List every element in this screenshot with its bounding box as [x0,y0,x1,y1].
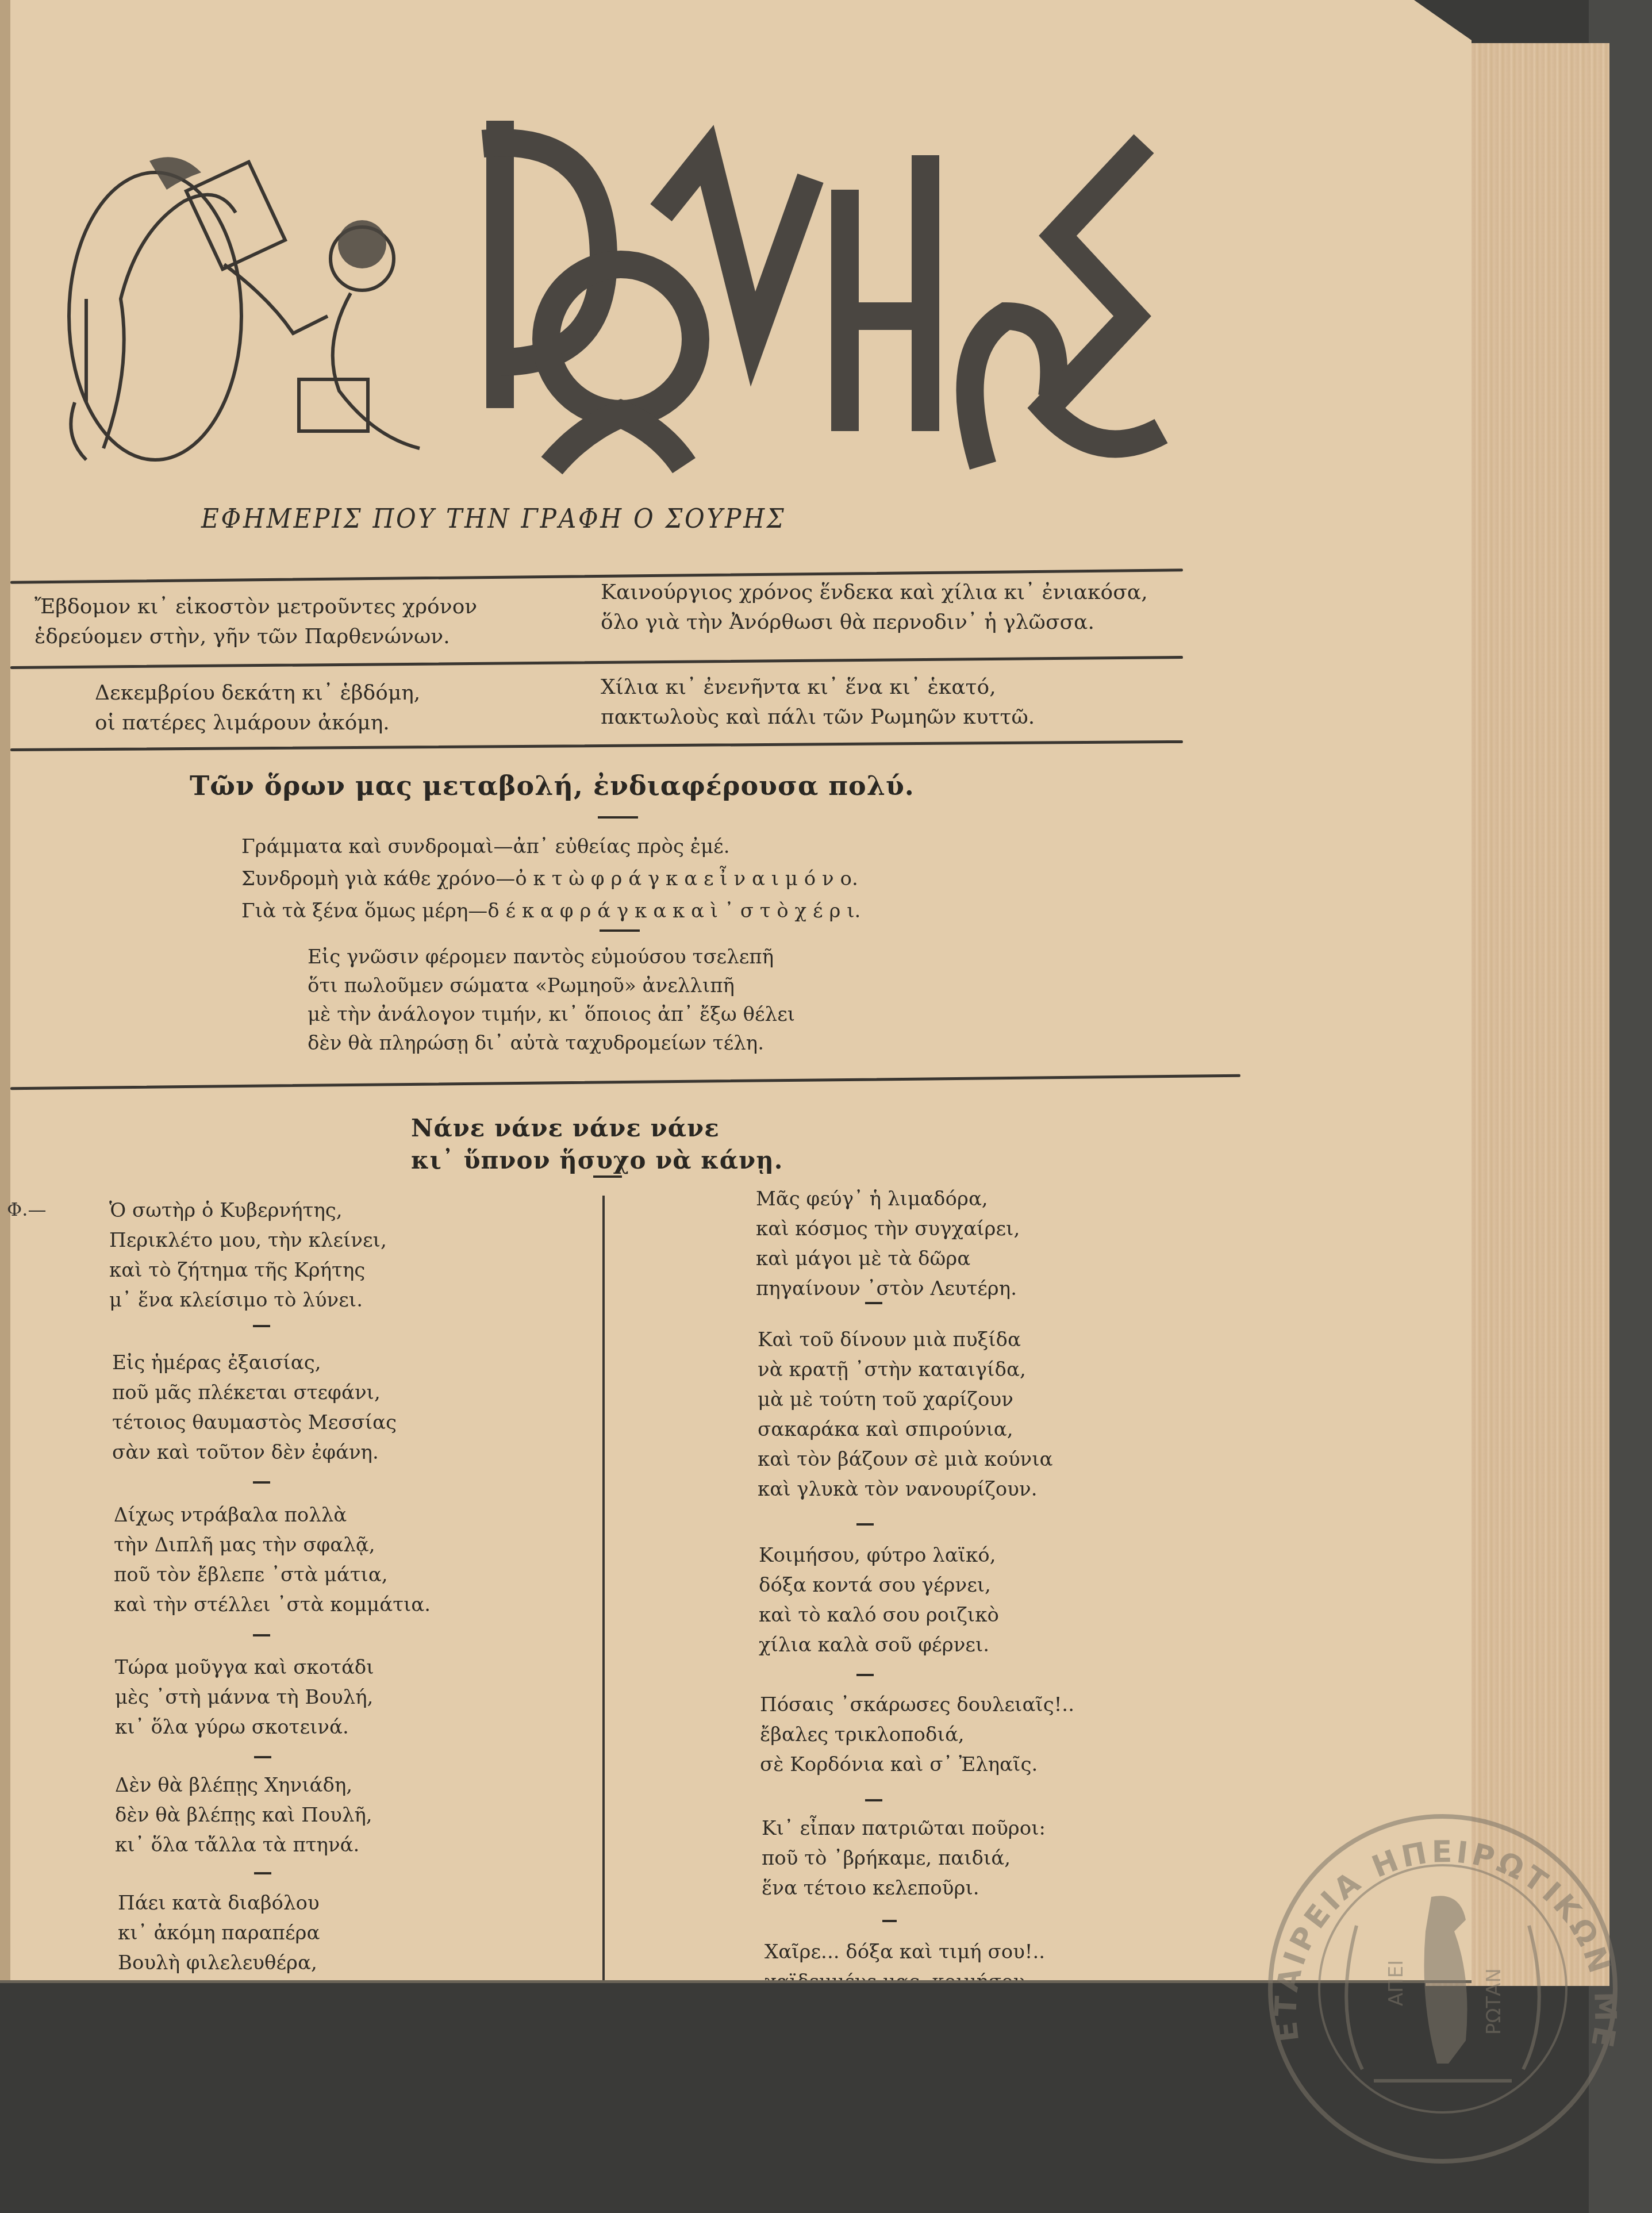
masthead-illustration-icon [52,126,466,471]
column-divider [602,1196,605,2046]
divider-dash [598,816,638,819]
dateline-bottom-left: Δεκεμβρίου δεκάτη κι᾿ ἑβδόμη, οἱ πατέρες… [95,678,420,738]
right-stanza-1: Μᾶς φεύγ᾿ ἡ λιμαδόρα, καὶ κόσμος τὴν συγ… [756,1184,1020,1304]
margin-marker: Φ.— [7,1198,46,1220]
masthead-subtitle: ΕΦΗΜΕΡΙΣ ΠΟΥ ΤΗΝ ΓΡΑΦΗ Ο ΣΟΥΡΗΣ [201,503,786,534]
rule-middle [10,656,1183,669]
left-stanza-4: Τώρα μοῦγγα καὶ σκοτάδι μὲς ᾿στὴ μάννα τ… [115,1653,374,1742]
romios-logo-icon [408,109,1213,483]
terms-notice: Εἰς γνῶσιν φέρομεν παντὸς εὐμούσου τσελε… [308,943,795,1058]
stanza-dash [253,1634,270,1636]
stanza-dash [253,1481,270,1484]
right-stanza-2: Καὶ τοῦ δίνουν μιὰ πυξίδα νὰ κρατῇ ᾿στὴν… [758,1325,1053,1504]
terms-heading: Τῶν ὅρων μας μεταβολή, ἐνδιαφέρουσα πολύ… [190,770,915,801]
masthead [52,109,1201,483]
right-stanza-5: Κι᾿ εἶπαν πατριῶται ποῦροι: ποῦ τὸ ᾿βρήκ… [762,1814,1046,1903]
dateline-top-left: Ἔβδομον κι᾿ εἰκοστὸν μετροῦντες χρόνον ἑ… [34,592,477,652]
stanza-dash [253,1325,270,1327]
left-stanza-2: Εἰς ἡμέρας ἐξαισίας, ποῦ μᾶς πλέκεται στ… [112,1348,397,1467]
stanza-dash [865,1302,882,1304]
library-stamp-icon: ΕΤΑΙΡΕΙΑ ΗΠΕΙΡΩΤΙΚΩΝ ΜΕΛΕΤΩΝ ΑΠΕΙ ΡΩΤΑΝ [1247,1793,1638,2184]
stanza-dash [254,1872,271,1874]
stanza-dash [254,1756,271,1758]
left-stanza-1: Ὁ σωτὴρ ὁ Κυβερνήτης, Περικλέτο μου, τὴν… [109,1196,387,1315]
right-stanza-3: Κοιμήσου, φύτρο λαϊκό, δόξα κοντά σου γέ… [759,1540,999,1660]
left-stanza-5: Δὲν θὰ βλέπῃς Χηνιάδη, δὲν θὰ βλέπῃς καὶ… [115,1770,372,1860]
page-gutter [0,0,10,1983]
stamp-inner-left: ΑΠΕΙ [1385,1960,1408,2006]
right-stanza-4: Πόσαις ᾿σκάρωσες δουλειαῖς!.. ἔβαλες τρι… [760,1690,1074,1780]
rule-section [10,1074,1240,1090]
newspaper-page: ΕΦΗΜΕΡΙΣ ΠΟΥ ΤΗΝ ΓΡΑΦΗ Ο ΣΟΥΡΗΣ Ἔβδομον … [0,0,1472,1983]
left-stanza-3: Δίχως ντράβαλα πολλὰ τὴν Διπλῆ μας τὴν σ… [114,1500,431,1620]
poem-title: Νάνε νάνε νάνε νάνε κι᾿ ὕπνον ἥσυχο νὰ κ… [411,1112,783,1177]
terms-lines: Γράμματα καὶ συνδρομαὶ—ἀπ᾿ εὐθείας πρὸς … [241,831,860,927]
stanza-dash [856,1674,874,1676]
stanza-dash [882,1920,897,1922]
stanza-dash [865,1799,882,1801]
stamp-inner-right: ΡΩΤΑΝ [1482,1968,1505,2035]
divider-dash [593,1175,622,1178]
dateline-bottom-right: Χίλια κι᾿ ἐνενῆντα κι᾿ ἕνα κι᾿ ἑκατό, πα… [601,673,1035,732]
stanza-dash [856,1523,874,1526]
rule-bottom [10,740,1183,751]
dateline-top-right: Καινούργιος χρόνος ἕνδεκα καὶ χίλια κι᾿ … [601,578,1148,637]
divider-dash [600,929,640,932]
